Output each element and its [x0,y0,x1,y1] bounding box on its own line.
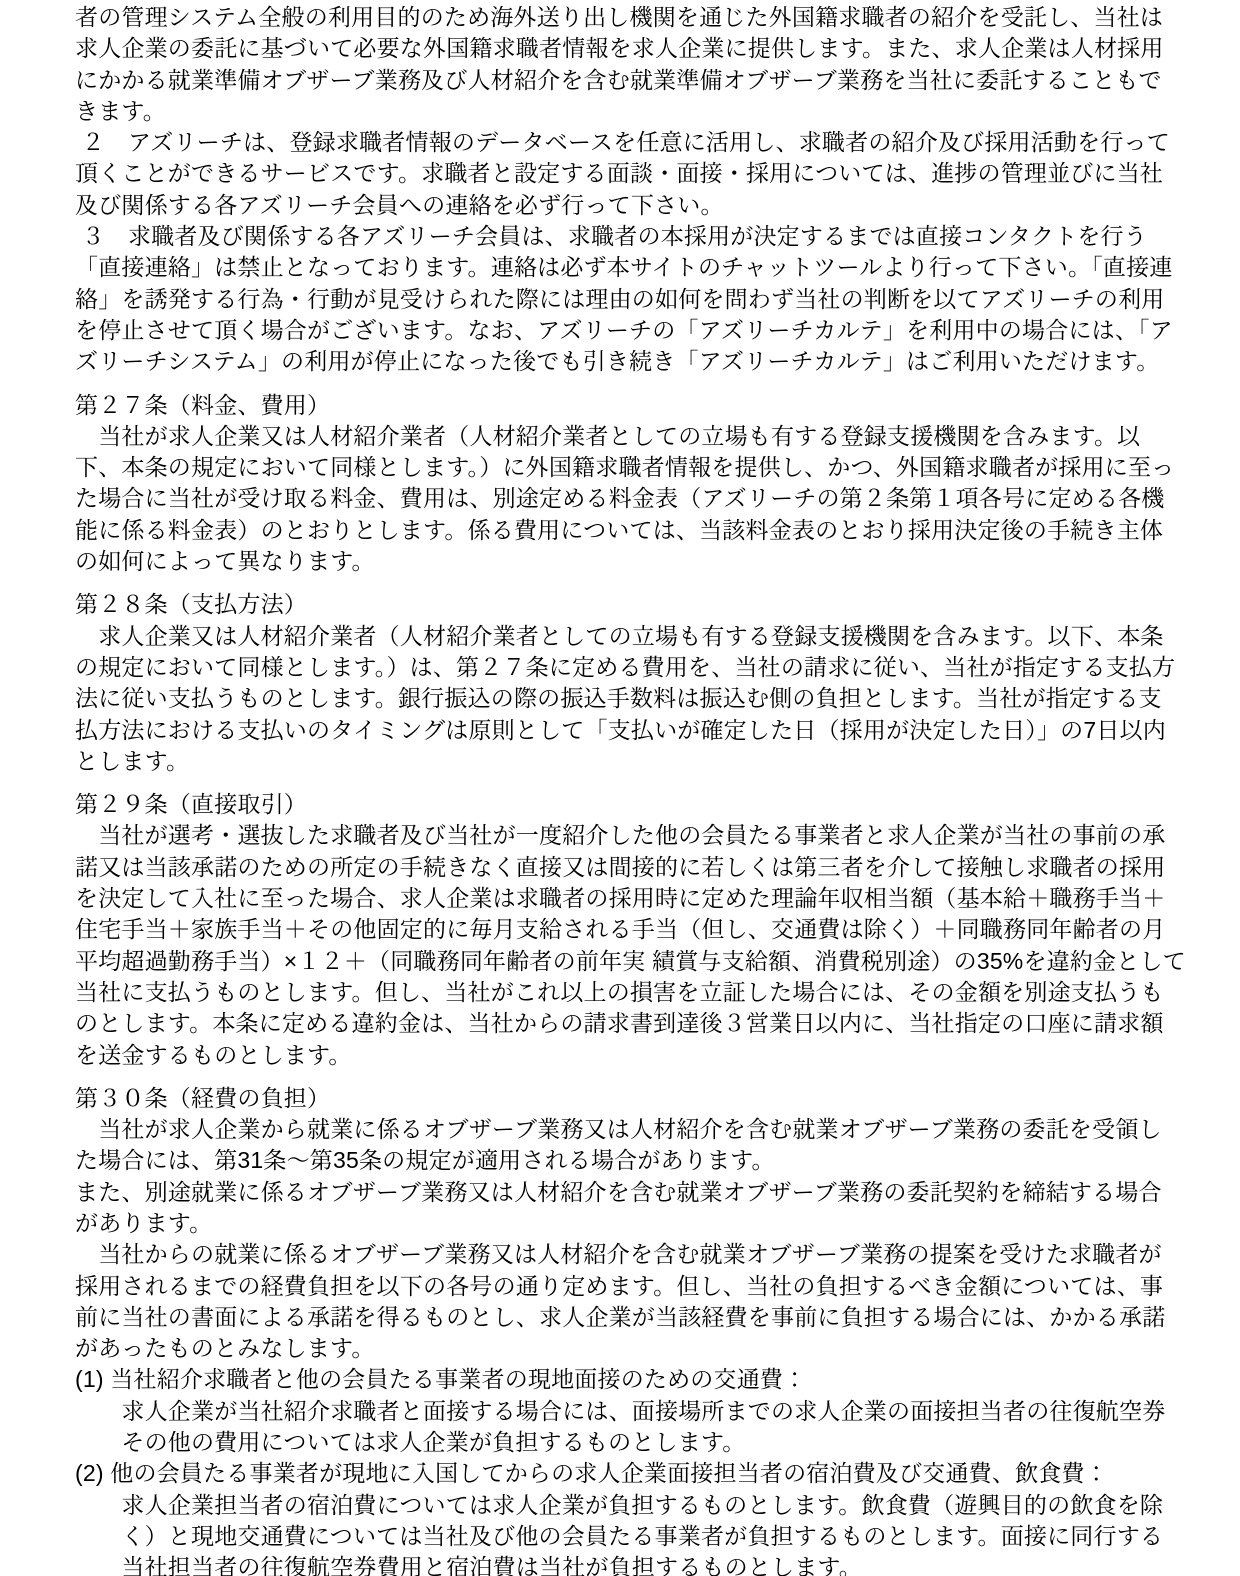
text-line: また、別途就業に係るオブザーブ業務又は人材紹介を含む就業オブザーブ業務の委託契約… [75,1177,1170,1208]
text-line: 者の管理システム全般の利用目的のため海外送り出し機関を通じた外国籍求職者の紹介を… [75,2,1170,33]
text-line: 絡」を誘発する行為・行動が見受けられた際には理由の如何を問わず当社の判断を以てア… [75,284,1170,315]
article-heading: 第２８条（支払方法） [75,589,1170,620]
text-line: ３ 求職者及び関係する各アズリーチ会員は、求職者の本採用が決定するまでは直接コン… [75,221,1170,252]
text-line: 求人企業又は人材紹介業者（人材紹介業者としての立場も有する登録支援機関を含みます… [75,621,1170,652]
text-line: 及び関係する各アズリーチ会員への連絡を必ず行って下さい。 [75,190,1170,221]
section-gap [75,777,1170,789]
section-gap [75,577,1170,589]
text-line: 平均超過勤務手当）×１２＋（同職務同年齢者の前年実 績賞与支給額、消費税別途）の… [75,946,1170,977]
text-line: た場合に当社が受け取る料金、費用は、別途定める料金表（アズリーチの第２条第１項各… [75,483,1170,514]
text-line: 当社担当者の往復航空券費用と宿泊費は当社が負担するものとします。 [75,1552,1170,1576]
text-line: ２ アズリーチは、登録求職者情報のデータベースを任意に活用し、求職者の紹介及び採… [75,127,1170,158]
article-heading: 第３０条（経費の負担） [75,1083,1170,1114]
text-line: 当社が求人企業又は人材紹介業者（人材紹介業者としての立場も有する登録支援機関を含… [75,421,1170,452]
document-page: 者の管理システム全般の利用目的のため海外送り出し機関を通じた外国籍求職者の紹介を… [0,0,1240,1576]
text-line: 住宅手当＋家族手当＋その他固定的に毎月支給される手当（但し、交通費は除く）＋同職… [75,914,1170,945]
text-line: 諾又は当該承諾のための所定の手続きなく直接又は間接的に若しくは第三者を介して接触… [75,852,1170,883]
text-line: 求人企業が当社紹介求職者と面接する場合には、面接場所までの求人企業の面接担当者の… [75,1396,1170,1427]
text-line: 払方法における支払いのタイミングは原則として「支払いが確定した日（採用が決定した… [75,715,1170,746]
text-line: きます。 [75,96,1170,127]
section-gap [75,378,1170,390]
text-line: 法に従い支払うものとします。銀行振込の際の振込手数料は振込む側の負担とします。当… [75,683,1170,714]
text-line: を決定して入社に至った場合、求人企業は求職者の採用時に定めた理論年収相当額（基本… [75,883,1170,914]
text-line: があります。 [75,1208,1170,1239]
text-line: 「直接連絡」は禁止となっております。連絡は必ず本サイトのチャットツールより行って… [75,252,1170,283]
text-line: の如何によって異なります。 [75,546,1170,577]
text-line: 能に係る料金表）のとおりとします。係る費用については、当該料金表のとおり採用決定… [75,515,1170,546]
section-gap [75,1071,1170,1083]
text-line: 当社からの就業に係るオブザーブ業務又は人材紹介を含む就業オブザーブ業務の提案を受… [75,1239,1170,1270]
text-line: の規定において同様とします。）は、第２７条に定める費用を、当社の請求に従い、当社… [75,652,1170,683]
numbered-list-item: (1) 当社紹介求職者と他の会員たる事業者の現地面接のための交通費： [75,1364,1170,1395]
text-line: にかかる就業準備オブザーブ業務及び人材紹介を含む就業準備オブザーブ業務を当社に委… [75,65,1170,96]
text-line: のとします。本条に定める違約金は、当社からの請求書到達後３営業日以内に、当社指定… [75,1008,1170,1039]
text-line: 前に当社の書面による承諾を得るものとし、求人企業が当該経費を事前に負担する場合に… [75,1302,1170,1333]
text-line: 求人企業担当者の宿泊費については求人企業が負担するものとします。飲食費（遊興目的… [75,1490,1170,1521]
text-line: 求人企業の委託に基づいて必要な外国籍求職者情報を求人企業に提供します。また、求人… [75,33,1170,64]
text-line: その他の費用については求人企業が負担するものとします。 [75,1427,1170,1458]
text-line: 下、本条の規定において同様とします。）に外国籍求職者情報を提供し、かつ、外国籍求… [75,452,1170,483]
article-heading: 第２９条（直接取引） [75,789,1170,820]
text-line: 当社に支払うものとします。但し、当社がこれ以上の損害を立証した場合には、その金額… [75,977,1170,1008]
text-line: 当社が求人企業から就業に係るオブザーブ業務又は人材紹介を含む就業オブザーブ業務の… [75,1114,1170,1145]
text-line: を送金するものとします。 [75,1040,1170,1071]
text-line: を停止させて頂く場合がございます。なお、アズリーチの「アズリーチカルテ」を利用中… [75,315,1170,346]
text-line: ズリーチシステム」の利用が停止になった後でも引き続き「アズリーチカルテ」はご利用… [75,346,1170,377]
text-line: く）と現地交通費については当社及び他の会員たる事業者が負担するものとします。面接… [75,1521,1170,1552]
article-heading: 第２７条（料金、費用） [75,390,1170,421]
text-line: 頂くことができるサービスです。求職者と設定する面談・面接・採用については、進捗の… [75,158,1170,189]
text-line: た場合には、第31条～第35条の規定が適用される場合があります。 [75,1145,1170,1176]
numbered-list-item: (2) 他の会員たる事業者が現地に入国してからの求人企業面接担当者の宿泊費及び交… [75,1458,1170,1489]
text-line: 採用されるまでの経費負担を以下の各号の通り定めます。但し、当社の負担するべき金額… [75,1271,1170,1302]
text-line: とします。 [75,746,1170,777]
text-line: 当社が選考・選抜した求職者及び当社が一度紹介した他の会員たる事業者と求人企業が当… [75,820,1170,851]
document-text-body: 者の管理システム全般の利用目的のため海外送り出し機関を通じた外国籍求職者の紹介を… [75,2,1170,1576]
text-line: があったものとみなします。 [75,1333,1170,1364]
